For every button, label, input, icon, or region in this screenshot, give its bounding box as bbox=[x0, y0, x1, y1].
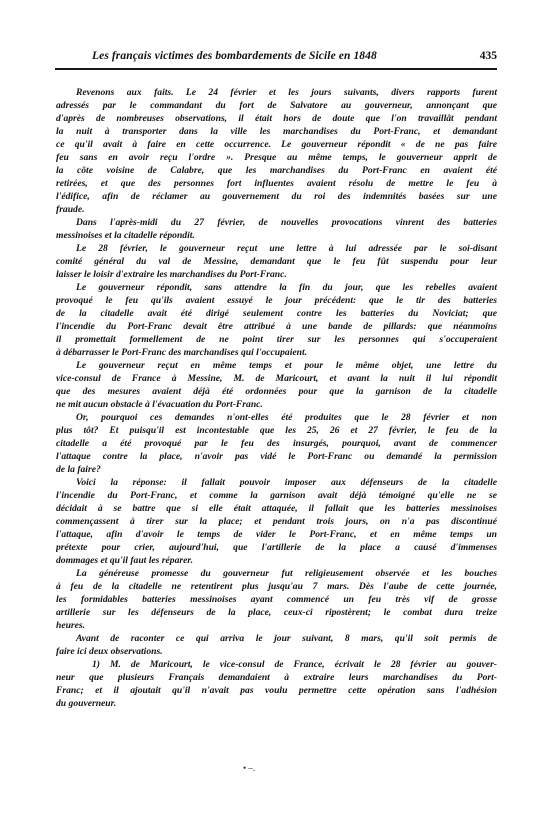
text-line: vice-consul de France à Messine, M. de M… bbox=[56, 372, 497, 385]
text-line: prétexte pour crier, aujourd'hui, que l'… bbox=[56, 541, 497, 554]
paragraph: Le gouverneur reçut en même temps et pou… bbox=[56, 359, 497, 411]
paragraph: Voici la réponse: il fallait pouvoir imp… bbox=[56, 476, 497, 567]
text-line: citadelle a été provoqué par le feu des … bbox=[56, 437, 497, 450]
text-line: laisser le loisir d'extraire les marchan… bbox=[56, 268, 497, 281]
text-line: artillerie sur les défenseurs de la plac… bbox=[56, 606, 497, 619]
text-line: retirées, et que des personnes fort infl… bbox=[56, 177, 497, 190]
paragraph: Avant de raconter ce qui arriva le jour … bbox=[56, 632, 497, 658]
paragraph: Revenons aux faits. Le 24 février et les… bbox=[56, 86, 497, 216]
text-line: d'après de nombreuses observations, il é… bbox=[56, 112, 497, 125]
text-line: à feu de la citadelle ne retentirent plu… bbox=[56, 580, 497, 593]
text-line: les formidables batteries messinoises ay… bbox=[56, 593, 497, 606]
text-line: Revenons aux faits. Le 24 février et les… bbox=[56, 86, 497, 99]
text-line: faire ici deux observations. bbox=[56, 645, 497, 658]
text-line: décidait à se battre que si elle était a… bbox=[56, 502, 497, 515]
text-line: Or, pourquoi ces demandes n'ont-elles ét… bbox=[56, 411, 497, 424]
text-line: ne mit aucun obstacle à l'évacuation du … bbox=[56, 398, 497, 411]
footnote: 1) M. de Maricourt, le vice-consul de Fr… bbox=[56, 658, 497, 710]
text-line: Le 28 février, le gouverneur reçut une l… bbox=[56, 242, 497, 255]
text-line: plus tôt? Et puisqu'il est incontestable… bbox=[56, 424, 497, 437]
text-line: Voici la réponse: il fallait pouvoir imp… bbox=[56, 476, 497, 489]
text-line: l'édifice, afin de réclamer au gouvernem… bbox=[56, 190, 497, 203]
text-line: provoqué le feu qu'ils avaient essuyé le… bbox=[56, 294, 497, 307]
text-line: messinoises et la citadelle répondit. bbox=[56, 229, 497, 242]
footnote-line: 1) M. de Maricourt, le vice-consul de Fr… bbox=[56, 658, 497, 671]
paragraph: Dans l'après-midi du 27 février, de nouv… bbox=[56, 216, 497, 242]
text-line: Le gouverneur répondit, sans attendre la… bbox=[56, 281, 497, 294]
running-title: Les français victimes des bombardements … bbox=[92, 50, 377, 62]
text-line: de la faire? bbox=[56, 463, 497, 476]
footnote-line: neur que plusieurs Français demandaient … bbox=[56, 671, 497, 684]
text-line: l'attaque contre la place, n'avoir pas v… bbox=[56, 450, 497, 463]
text-line: heures. bbox=[56, 619, 497, 632]
footnote-line: Franc; et il ajoutait qu'il n'avait pas … bbox=[56, 684, 497, 697]
paragraph: Or, pourquoi ces demandes n'ont-elles ét… bbox=[56, 411, 497, 476]
text-line: de la citadelle avait été dirigé seuleme… bbox=[56, 307, 497, 320]
body-text: Revenons aux faits. Le 24 février et les… bbox=[56, 86, 497, 710]
text-line: adressés par le commandant du fort de Sa… bbox=[56, 99, 497, 112]
running-header: Les français victimes des bombardements … bbox=[92, 46, 497, 68]
text-line: dommages et qu'il faut les réparer. bbox=[56, 554, 497, 567]
text-line: Dans l'après-midi du 27 février, de nouv… bbox=[56, 216, 497, 229]
text-line: La généreuse promesse du gouverneur fut … bbox=[56, 567, 497, 580]
text-line: feu sans en avoir reçu l'ordre ». Presqu… bbox=[56, 151, 497, 164]
text-line: la côte voisine de Calabre, que les marc… bbox=[56, 164, 497, 177]
page-number: 435 bbox=[480, 50, 497, 62]
text-line: Le gouverneur reçut en même temps et pou… bbox=[56, 359, 497, 372]
paragraph: Le gouverneur répondit, sans attendre la… bbox=[56, 281, 497, 359]
footnote-line: du gouverneur. bbox=[56, 697, 497, 710]
text-line: il promettait formellement de ne point t… bbox=[56, 333, 497, 346]
text-line: commençassent à tirer sur la place; et p… bbox=[56, 515, 497, 528]
document-page: Les français victimes des bombardements … bbox=[0, 0, 550, 815]
text-line: fraude. bbox=[56, 203, 497, 216]
text-line: l'attaque, afin d'avoir le temps de vide… bbox=[56, 528, 497, 541]
text-line: que des mesures avaient déjà été ordonné… bbox=[56, 385, 497, 398]
paragraph: Le 28 février, le gouverneur reçut une l… bbox=[56, 242, 497, 281]
text-line: Avant de raconter ce qui arriva le jour … bbox=[56, 632, 497, 645]
text-line: à débarrasser le Port-Franc des marchand… bbox=[56, 346, 497, 359]
text-line: ce qu'il avait à faire en cette occurren… bbox=[56, 138, 497, 151]
text-line: l'incendie du Port-Franc devait être att… bbox=[56, 320, 497, 333]
header-rule bbox=[55, 68, 497, 70]
paragraph: La généreuse promesse du gouverneur fut … bbox=[56, 567, 497, 632]
text-line: l'incendie du Port-Franc, et comme la ga… bbox=[56, 489, 497, 502]
text-line: la nuit à transporter dans la ville les … bbox=[56, 125, 497, 138]
scan-marks: • ‒. bbox=[243, 763, 255, 773]
text-line: comité général du val de Messine, demand… bbox=[56, 255, 497, 268]
